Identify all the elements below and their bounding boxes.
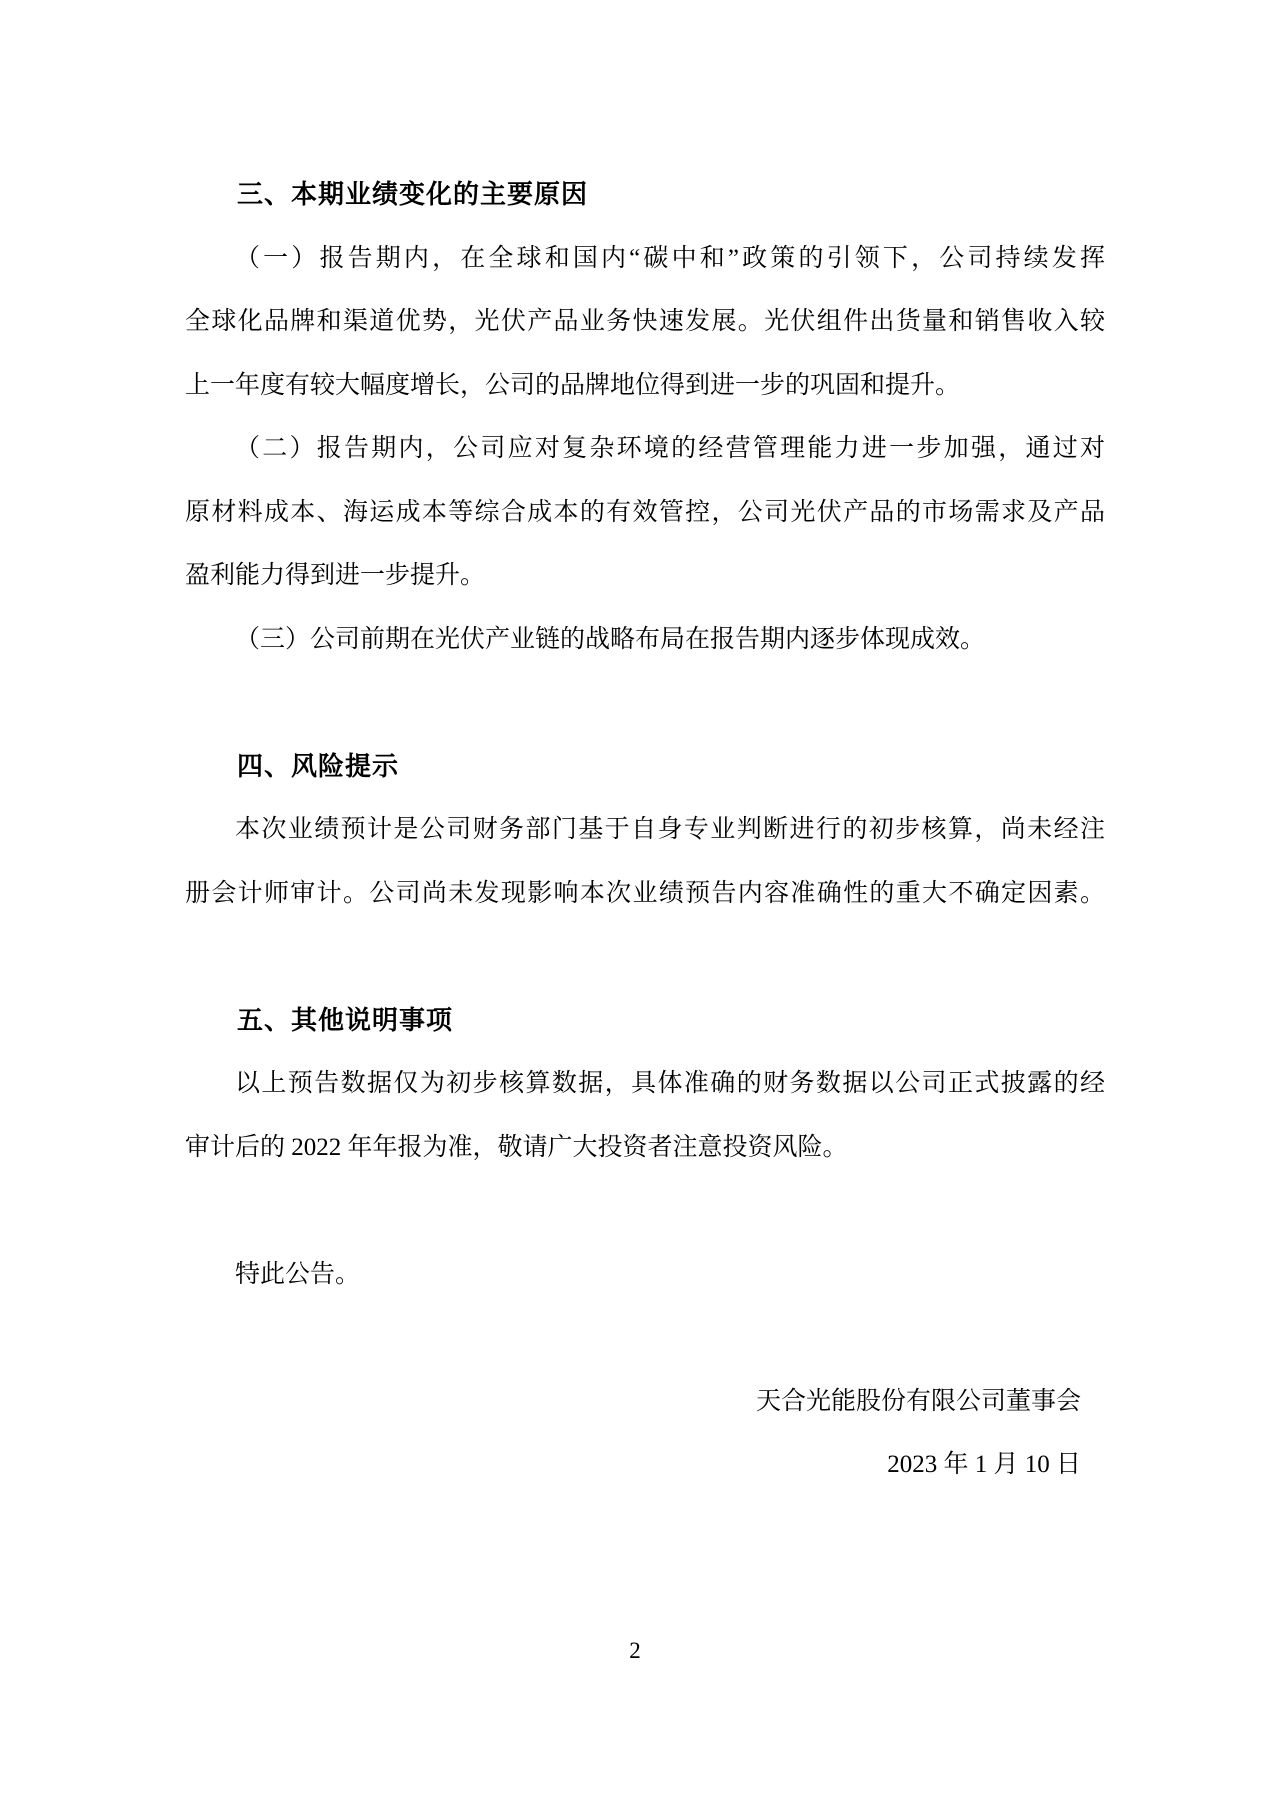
closing-statement: 特此公告。 [185,1243,1105,1307]
section-4-heading: 四、风险提示 [185,735,1105,799]
spacer [185,1306,1105,1370]
section-5-heading: 五、其他说明事项 [185,989,1105,1053]
section-5-paragraph-1-line-2: 审计后的 2022 年年报为准，敬请广大投资者注意投资风险。 [185,1116,1105,1180]
section-4-paragraph-1-line-1: 本次业绩预计是公司财务部门基于自身专业判断进行的初步核算，尚未经注 [185,798,1105,862]
section-3-paragraph-2-line-1: （二）报告期内，公司应对复杂环境的经营管理能力进一步加强，通过对 [185,417,1105,481]
section-3-paragraph-1-line-1: （一）报告期内，在全球和国内“碳中和”政策的引领下，公司持续发挥 [185,227,1105,291]
spacer [185,671,1105,735]
page-number: 2 [0,1636,1270,1666]
section-3-paragraph-3-line-1: （三）公司前期在光伏产业链的战略布局在报告期内逐步体现成效。 [185,608,1105,672]
section-5-paragraph-1-line-1: 以上预告数据仅为初步核算数据，具体准确的财务数据以公司正式披露的经 [185,1052,1105,1116]
section-3-paragraph-2-line-2: 原材料成本、海运成本等综合成本的有效管控，公司光伏产品的市场需求及产品 [185,481,1105,545]
signature-company-board: 天合光能股份有限公司董事会 [185,1370,1105,1434]
section-3-heading: 三、本期业绩变化的主要原因 [185,163,1105,227]
spacer [185,925,1105,989]
spacer [185,1179,1105,1243]
document-body: 三、本期业绩变化的主要原因 （一）报告期内，在全球和国内“碳中和”政策的引领下，… [185,163,1105,1497]
section-3-paragraph-2-line-3: 盈利能力得到进一步提升。 [185,544,1105,608]
section-3-paragraph-1-line-3: 上一年度有较大幅度增长，公司的品牌地位得到进一步的巩固和提升。 [185,354,1105,418]
document-page: 三、本期业绩变化的主要原因 （一）报告期内，在全球和国内“碳中和”政策的引领下，… [0,0,1270,1796]
signature-date: 2023 年 1 月 10 日 [185,1433,1105,1497]
section-3-paragraph-1-line-2: 全球化品牌和渠道优势，光伏产品业务快速发展。光伏组件出货量和销售收入较 [185,290,1105,354]
section-4-paragraph-1-line-2: 册会计师审计。公司尚未发现影响本次业绩预告内容准确性的重大不确定因素。 [185,862,1105,926]
